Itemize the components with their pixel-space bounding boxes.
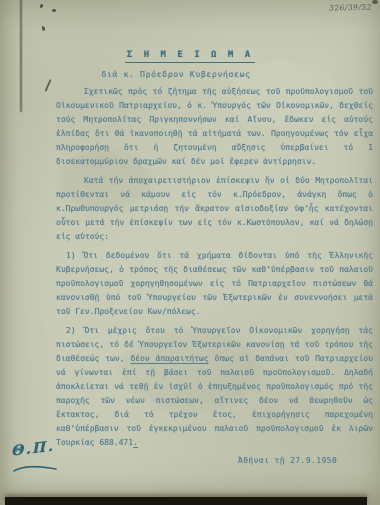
memo-header: Σ Η Μ Ε Ι Ω Μ Α διά κ. Πρόεδρον Κυβερνήσ…	[0, 42, 380, 79]
memo-body: Σχετικῶς πρός τό ζήτημα τῆς αὐξήσεως τοῦ…	[56, 85, 373, 450]
memo-subtitle: διά κ. Πρόεδρον Κυβερνήσεως	[0, 69, 366, 79]
signature: Θ.Π.	[12, 438, 72, 474]
scan-edge-bottom	[5, 497, 367, 505]
paragraph: 2) Ὅτι μέχρις ὅτου τό Ὑπουργεῖον Οἰκονομ…	[56, 324, 373, 450]
paragraph: 1) Ὅτι δεδομένου ὅτι τά χρήματα δίδονται…	[56, 249, 373, 319]
ink-speck	[39, 4, 44, 9]
signature-flourish-stroke	[12, 462, 58, 474]
document-page: 326/39/52 Σ Η Μ Ε Ι Ω Μ Α διά κ. Πρόεδρο…	[0, 0, 380, 505]
signature-initials: Θ.Π.	[12, 438, 55, 459]
ink-speck	[52, 9, 56, 12]
memo-title: Σ Η Μ Ε Ι Ω Μ Α	[125, 50, 255, 63]
pen-slash-mark	[44, 79, 51, 92]
file-number-annotation: 326/39/52	[329, 2, 372, 12]
ink-speck	[41, 26, 46, 32]
paragraph: Σχετικῶς πρός τό ζήτημα τῆς αὐξήσεως τοῦ…	[56, 85, 373, 169]
date-line: Ἀθῆναι τῇ 27.9.1950	[238, 456, 337, 465]
paragraph: Κατά τήν ἀποχαιρετιστήριον ἐπίσκεψιν ἥν …	[56, 174, 373, 244]
ink-speck	[372, 0, 378, 4]
